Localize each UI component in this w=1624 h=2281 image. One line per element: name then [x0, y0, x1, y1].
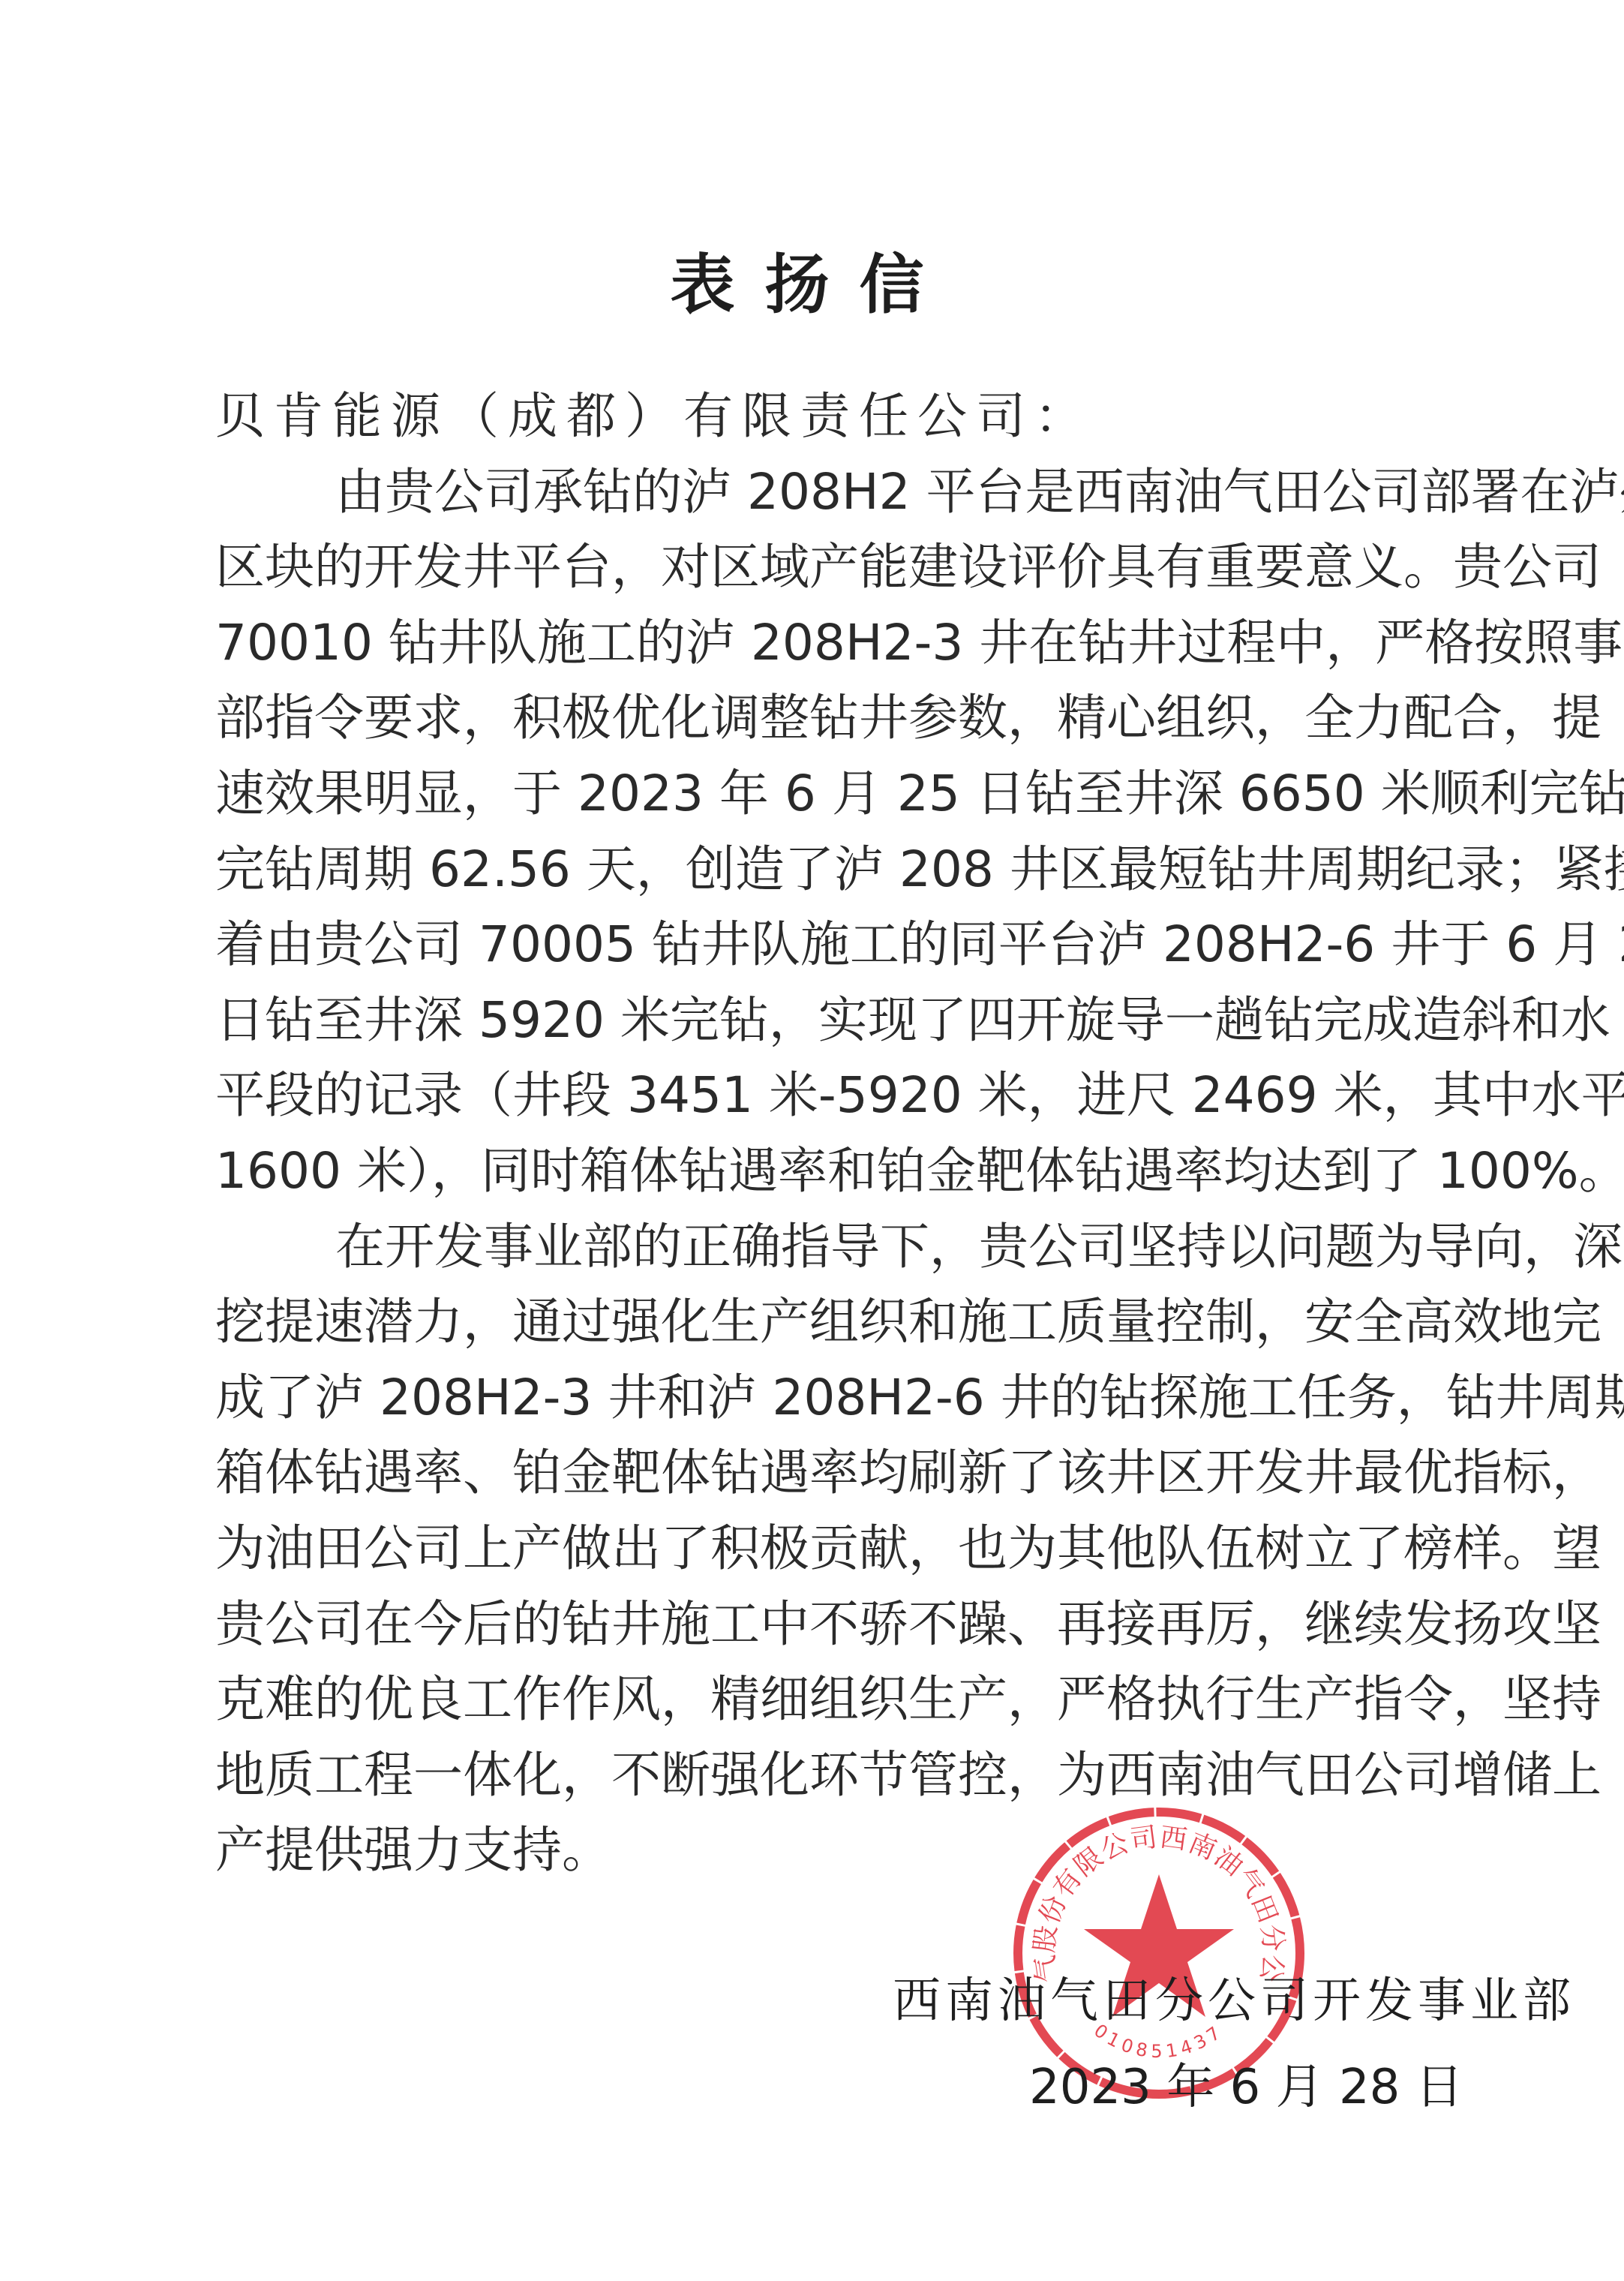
paragraph-line: 平段的记录（井段 3451 米-5920 米，进尺 2469 米，其中水平段: [215, 1058, 1427, 1134]
paragraph-2: 在开发事业部的正确指导下，贵公司坚持以问题为导向，深 挖提速潜力，通过强化生产组…: [215, 1210, 1427, 1889]
paragraph-line: 1600 米），同时箱体钻遇率和铂金靶体钻遇率均达到了 100%。: [215, 1134, 1427, 1210]
paragraph-line: 克难的优良工作作风，精细组织生产，严格执行生产指令，坚持: [215, 1662, 1427, 1738]
letter-title: 表扬信: [0, 240, 1624, 330]
paragraph-line: 成了泸 208H2-3 井和泸 208H2-6 井的钻探施工任务，钻井周期和: [215, 1360, 1427, 1436]
signature-organization: 西南油气田分公司开发事业部: [893, 1967, 1575, 2035]
paragraph-line: 贵公司在今后的钻井施工中不骄不躁、再接再厉，继续发扬攻坚: [215, 1587, 1427, 1663]
paragraph-line: 完钻周期 62.56 天，创造了泸 208 井区最短钻井周期纪录；紧接: [215, 832, 1427, 908]
paragraph-line: 日钻至井深 5920 米完钻，实现了四开旋导一趟钻完成造斜和水: [215, 983, 1427, 1059]
paragraph-line: 由贵公司承钻的泸 208H2 平台是西南油气田公司部署在泸州: [215, 455, 1427, 530]
signature-date: 2023 年 6 月 28 日: [1029, 2054, 1463, 2121]
paragraph-line: 地质工程一体化，不断强化环节管控，为西南油气田公司增储上: [215, 1738, 1427, 1814]
paragraph-line: 70010 钻井队施工的泸 208H2-3 井在钻井过程中，严格按照事业: [215, 606, 1427, 681]
paragraph-line: 速效果明显，于 2023 年 6 月 25 日钻至井深 6650 米顺利完钻，: [215, 756, 1427, 832]
paragraph-1: 由贵公司承钻的泸 208H2 平台是西南油气田公司部署在泸州 区块的开发井平台，…: [215, 455, 1427, 1210]
letter-body: 贝肯能源（成都）有限责任公司： 由贵公司承钻的泸 208H2 平台是西南油气田公…: [215, 379, 1427, 1889]
paragraph-line: 区块的开发井平台，对区域产能建设评价具有重要意义。贵公司: [215, 530, 1427, 606]
paragraph-line: 在开发事业部的正确指导下，贵公司坚持以问题为导向，深: [215, 1210, 1427, 1285]
paragraph-line: 挖提速潜力，通过强化生产组织和施工质量控制，安全高效地完: [215, 1285, 1427, 1360]
paragraph-line: 为油田公司上产做出了积极贡献，也为其他队伍树立了榜样。望: [215, 1511, 1427, 1587]
paragraph-line: 着由贵公司 70005 钻井队施工的同平台泸 208H2-6 井于 6 月 28: [215, 907, 1427, 983]
salutation: 贝肯能源（成都）有限责任公司：: [215, 379, 1427, 455]
paragraph-line: 箱体钻遇率、铂金靶体钻遇率均刷新了该井区开发井最优指标，: [215, 1435, 1427, 1511]
paragraph-line: 部指令要求，积极优化调整钻井参数，精心组织，全力配合，提: [215, 681, 1427, 756]
